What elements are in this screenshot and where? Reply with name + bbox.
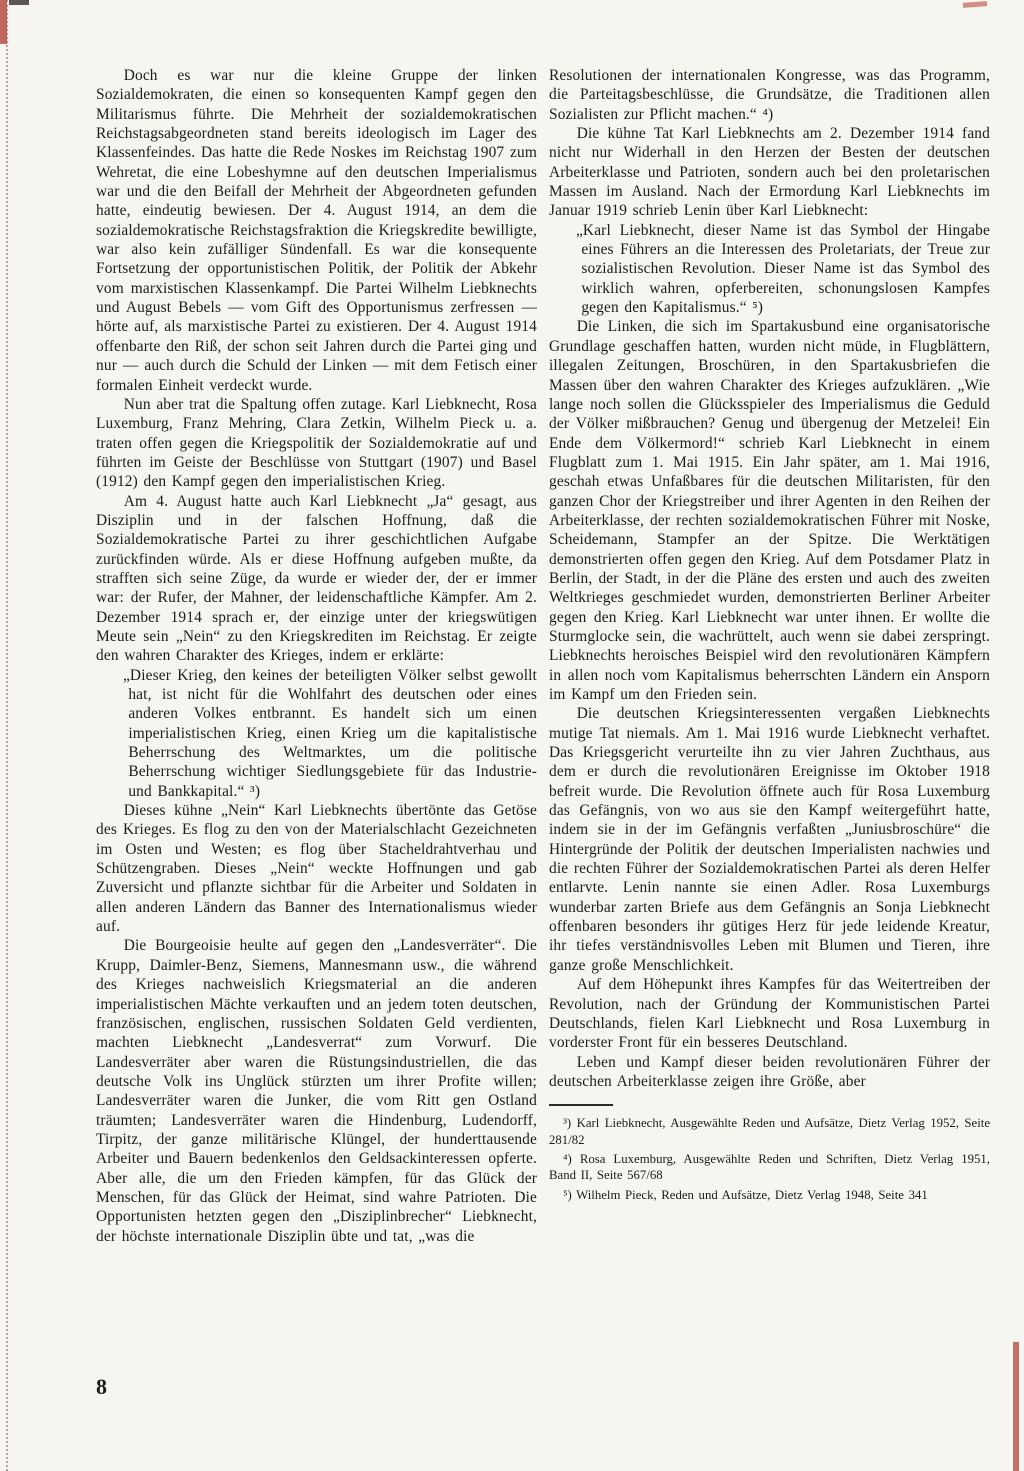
footnote: ⁵) Wilhelm Pieck, Reden und Aufsätze, Di… [549, 1187, 990, 1203]
scan-mark-top-dash [9, 0, 29, 5]
paragraph: Resolutionen der internationalen Kongres… [549, 66, 990, 124]
paragraph: Am 4. August hatte auch Karl Liebknecht … [96, 492, 537, 666]
footnote: ⁴) Rosa Luxemburg, Ausgewählte Reden und… [549, 1151, 990, 1184]
paragraph: Leben und Kampf dieser beiden revolution… [549, 1053, 990, 1092]
scan-edge-line [6, 0, 8, 1471]
paragraph: Die kühne Tat Karl Liebknechts am 2. Dez… [549, 124, 990, 221]
footnote-separator [549, 1104, 613, 1106]
block-quote: „Karl Liebknecht, dieser Name ist das Sy… [581, 221, 990, 318]
paragraph: Dieses kühne „Nein“ Karl Liebknechts übe… [96, 801, 537, 936]
scan-mark-bottom-right [1013, 1342, 1019, 1471]
footnote: ³) Karl Liebknecht, Ausgewählte Reden un… [549, 1115, 990, 1148]
left-column: Doch es war nur die kleine Gruppe der li… [96, 66, 537, 1246]
scan-mark-top-right [963, 1, 987, 8]
right-column: Resolutionen der internationalen Kongres… [549, 66, 990, 1246]
document-page: Doch es war nur die kleine Gruppe der li… [0, 0, 1024, 1471]
paragraph: Die deutschen Kriegsinteressenten vergaß… [549, 704, 990, 975]
scan-mark-top-left [0, 0, 7, 44]
text-columns: Doch es war nur die kleine Gruppe der li… [96, 66, 990, 1246]
paragraph: Die Bourgeoisie heulte auf gegen den „La… [96, 936, 537, 1246]
block-quote: „Dieser Krieg, den keines der beteiligte… [128, 666, 537, 801]
paragraph: Die Linken, die sich im Spartakusbund ei… [549, 317, 990, 704]
paragraph: Auf dem Höhepunkt ihres Kampfes für das … [549, 975, 990, 1052]
paragraph: Nun aber trat die Spaltung offen zutage.… [96, 395, 537, 492]
paragraph: Doch es war nur die kleine Gruppe der li… [96, 66, 537, 395]
page-number: 8 [96, 1374, 108, 1400]
